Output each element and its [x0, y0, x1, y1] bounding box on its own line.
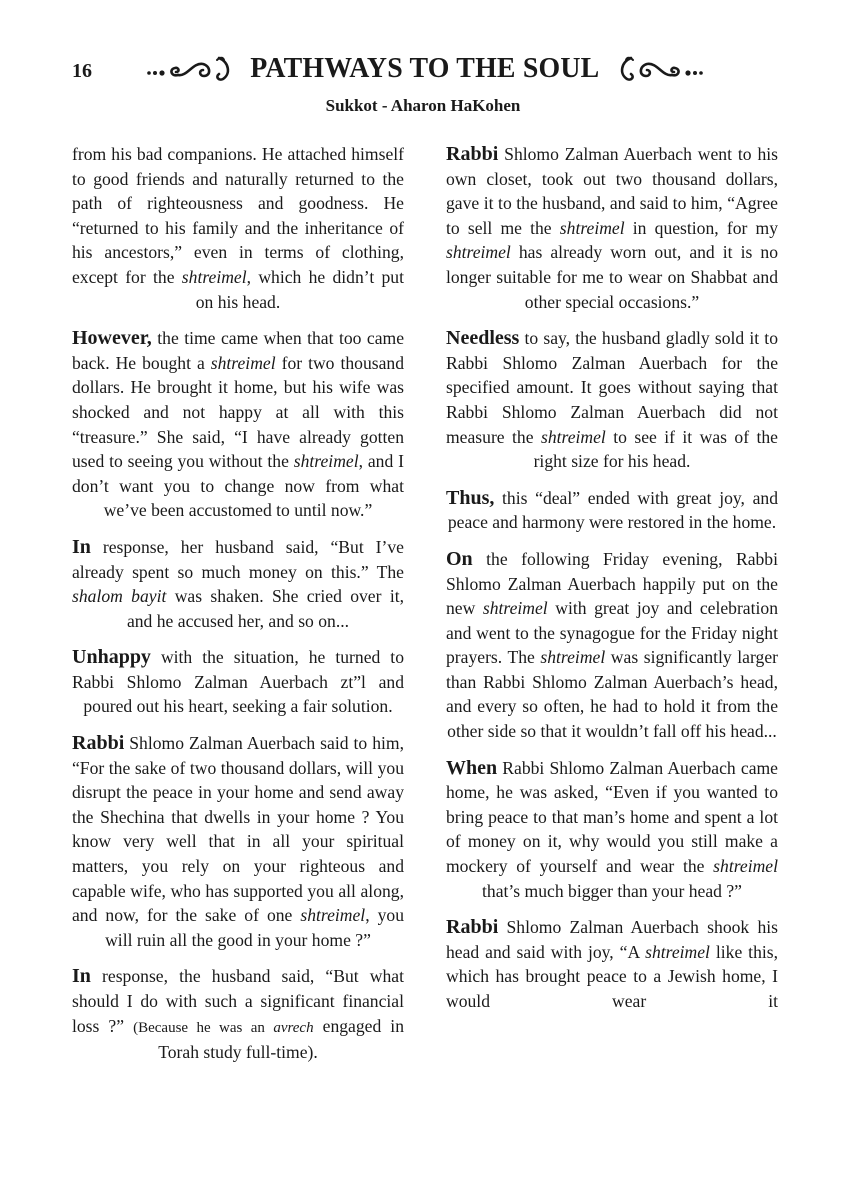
paragraph: Needless to say, the husband gladly sold… — [446, 326, 778, 474]
left-column: from his bad companions. He attached him… — [72, 142, 404, 1077]
paragraph-lead-word: Needless — [446, 327, 519, 349]
chapter-subtitle: Sukkot - Aharon HaKohen — [0, 96, 846, 116]
paragraph-lead-word: Rabbi — [72, 732, 124, 754]
paragraph-lead-word: Thus, — [446, 487, 494, 509]
paragraph: Thus, this “deal” ended with great joy, … — [446, 486, 778, 535]
paragraph: In response, her husband said, “But I’ve… — [72, 535, 404, 633]
running-title-text: PATHWAYS TO THE SOUL — [250, 52, 599, 85]
paragraph: Rabbi Shlomo Zalman Auerbach shook his h… — [446, 915, 778, 1013]
paragraph-lead-word: In — [72, 965, 91, 987]
paragraph: When Rabbi Shlomo Zalman Auerbach came h… — [446, 756, 778, 904]
paragraph-lead-word: However, — [72, 327, 152, 349]
paragraph-lead-word: When — [446, 757, 497, 779]
paragraph: In response, the husband said, “But what… — [72, 964, 404, 1064]
paragraph: Rabbi Shlomo Zalman Auerbach went to his… — [446, 142, 778, 314]
paragraph-lead-word: Rabbi — [446, 143, 498, 165]
scroll-ornament-left-icon — [145, 54, 237, 84]
running-title: PATHWAYS TO THE SOUL — [130, 52, 720, 85]
paragraph-lead-word: On — [446, 548, 473, 570]
paragraph: On the following Friday evening, Rabbi S… — [446, 547, 778, 744]
paragraph: Unhappy with the situation, he turned to… — [72, 645, 404, 719]
right-column: Rabbi Shlomo Zalman Auerbach went to his… — [446, 142, 778, 1026]
paragraph: from his bad companions. He attached him… — [72, 142, 404, 314]
paragraph: Rabbi Shlomo Zalman Auerbach said to him… — [72, 731, 404, 952]
paragraph-lead-word: Rabbi — [446, 916, 498, 938]
paragraph-lead-word: Unhappy — [72, 646, 151, 668]
paragraph-lead-word: In — [72, 536, 91, 558]
page-number: 16 — [72, 60, 92, 83]
scroll-ornament-right-icon — [613, 54, 705, 84]
paragraph: However, the time came when that too cam… — [72, 326, 404, 523]
